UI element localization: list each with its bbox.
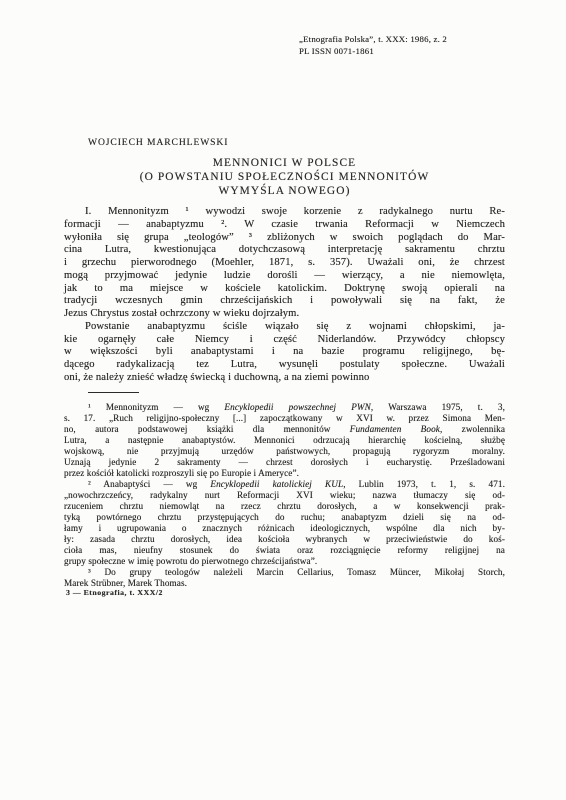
body-paragraph-1: I. Mennonityzm ¹ wywodzi swoje korzenie … <box>64 206 505 321</box>
footnote-2: ² Anabaptyści — wg Encyklopedii katolick… <box>64 479 505 567</box>
journal-citation: „Etnografia Polska”, t. XXX: 1986, z. 2 <box>299 34 447 46</box>
article-title: MENNONICI W POLSCE(O POWSTANIU SPOŁECZNO… <box>64 157 505 198</box>
journal-header: „Etnografia Polska”, t. XXX: 1986, z. 2 … <box>299 34 447 57</box>
scanned-page: „Etnografia Polska”, t. XXX: 1986, z. 2 … <box>0 0 566 800</box>
issn-line: PL ISSN 0071-1861 <box>299 46 447 58</box>
body-paragraph-2: Powstanie anabaptyzmu ściśle wiązało się… <box>64 321 505 385</box>
article-body: I. Mennonityzm ¹ wywodzi swoje korzenie … <box>64 206 505 385</box>
printers-signature: 3 — Etnografia, t. XXX/2 <box>66 588 163 597</box>
footnote-1: ¹ Mennonityzm — wg Encyklopedii powszech… <box>64 402 505 479</box>
author-name: WOJCIECH MARCHLEWSKI <box>88 137 228 148</box>
footnote-3: ³ Do grupy teologów należeli Marcin Cell… <box>64 567 505 589</box>
footnote-separator <box>88 392 139 393</box>
footnotes: ¹ Mennonityzm — wg Encyklopedii powszech… <box>64 402 505 589</box>
